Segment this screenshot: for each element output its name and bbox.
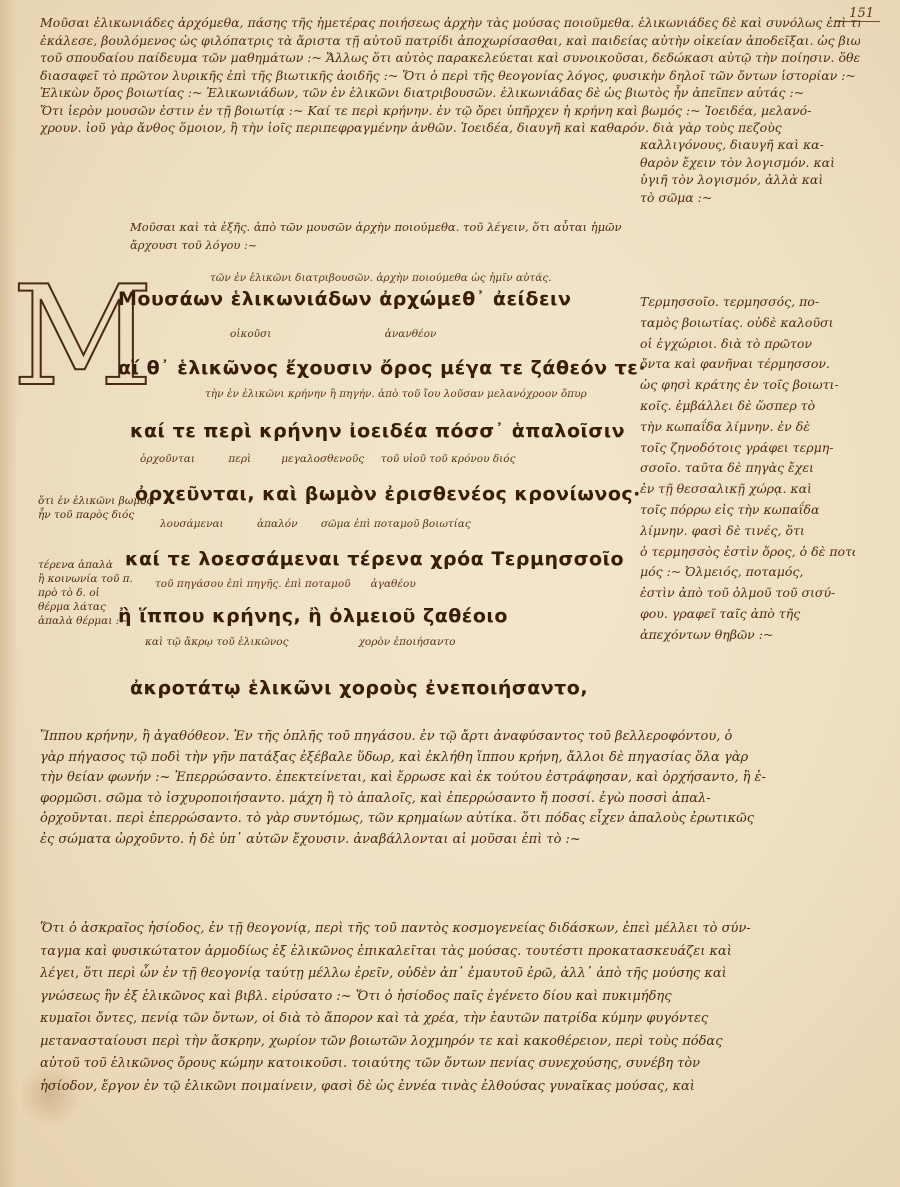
left-margin-note: τέρενα ἁπαλὰ ἢ κοινωνία τοῦ π. πρὸ τὸ δ.… — [38, 558, 133, 628]
margin-note-line: ὅτι ἐν ἑλικῶνι βωμός — [38, 494, 152, 508]
mid-scholion: Μοῦσαι καὶ τὰ ἑξῆς. ἀπὸ τῶν μουσῶν ἀρχὴν… — [130, 218, 630, 254]
scholia-line: ἄρχουσι τοῦ λόγου :~ — [130, 236, 630, 254]
scholia-line: Ὅτι ἱερὸν μουσῶν ἐστιν ἐν τῇ βοιωτίᾳ :~ … — [40, 102, 860, 120]
scholia-line: τοῖς πόρρω εἰς τὴν κωπαΐδα — [640, 500, 855, 521]
commentary-line: τὴν θείαν φωνήν :~ Ἐπερρώσαντο. ἐπεκτείν… — [40, 768, 860, 789]
page-edge-shadow — [0, 0, 18, 1187]
scholia-line: ὡς φησὶ κράτης ἐν τοῖς βοιωτι- — [640, 375, 855, 396]
margin-note-line: ἦν τοῦ παρὸς διός — [38, 508, 152, 522]
margin-note-line: πρὸ τὸ δ. οἱ — [38, 586, 133, 600]
margin-note-line: τέρενα ἁπαλὰ — [38, 558, 133, 572]
verse-line: καί τε λοεσσάμεναι τέρενα χρόα Τερμησσοῖ… — [125, 548, 624, 570]
scholia-line: ἀπεχόντων θηβῶν :~ — [640, 625, 855, 646]
scholia-line: ἐστὶν ἀπὸ τοῦ ὀλμοῦ τοῦ σισύ- — [640, 583, 855, 604]
left-margin-note: ὅτι ἐν ἑλικῶνι βωμός ἦν τοῦ παρὸς διός — [38, 494, 152, 522]
top-scholia-block: Μοῦσαι ἑλικωνιάδες ἀρχόμεθα, πάσης τῆς ἡ… — [40, 14, 860, 137]
scholia-line: τὸ σῶμα :~ — [640, 189, 855, 207]
scholia-line: τοῦ σπουδαίου παίδευμα τῶν μαθημάτων :~ … — [40, 49, 860, 67]
commentary-line: ἐς σώματα ὠρχοῦντο. ἡ δὲ ὑπ᾽ αὐτῶν ἔχουσ… — [40, 830, 860, 851]
right-scholia-lower: Τερμησσοῖο. τερμησσός, πο- ταμὸς βοιωτία… — [640, 292, 855, 646]
margin-note-line: ἢ κοινωνία τοῦ π. — [38, 572, 133, 586]
commentary-line: Ἵππου κρήνην, ἢ ἀγαθόθεον. Ἐν τῆς ὁπλῆς … — [40, 727, 860, 748]
commentary-line: ἡσίοδον, ἔργον ἐν τῷ ἑλικῶνι ποιμαίνειν,… — [40, 1076, 860, 1099]
interlinear-gloss: οἰκοῦσι ἀνανθέον — [230, 328, 436, 340]
scholia-line: χρουν. ἰοῦ γὰρ ἄνθος ὅμοιον, ἢ τὴν ἰοῖς … — [40, 119, 860, 137]
scholia-line: θαρὸν ἔχειν τὸν λογισμόν. καὶ — [640, 154, 855, 172]
interlinear-gloss: τὴν ἐν ἑλικῶνι κρήνην ἢ πηγήν. ἀπὸ τοῦ ἴ… — [205, 388, 587, 400]
scholia-line: μός :~ Ὀλμειός, ποταμός, — [640, 562, 855, 583]
verse-line: ἢ ἵππου κρήνης, ἢ ὀλμειοῦ ζαθέοιο — [118, 605, 508, 627]
interlinear-gloss: λουσάμεναι ἁπαλόν σῶμα ἐπὶ ποταμοῦ βοιωτ… — [160, 518, 471, 530]
interlinear-gloss: τοῦ πηγάσου ἐπὶ πηγῆς. ἐπὶ ποταμοῦ ἀγαθέ… — [155, 578, 416, 590]
scholia-line: οἱ ἐγχώριοι. διὰ τὸ πρῶτον — [640, 334, 855, 355]
margin-note-line: θέρμα λάτας — [38, 600, 133, 614]
manuscript-page: 151 Μοῦσαι ἑλικωνιάδες ἀρχόμεθα, πάσης τ… — [0, 0, 900, 1187]
verse-line: καί τε περὶ κρήνην ἰοειδέα πόσσ᾽ ἁπαλοῖσ… — [130, 420, 625, 442]
interlinear-gloss: τῶν ἐν ἑλικῶνι διατριβουσῶν. ἀρχὴν ποιού… — [210, 272, 552, 284]
commentary-line: ὀρχοῦνται. περὶ ἐπερρώσαντο. τὸ γὰρ συντ… — [40, 809, 860, 830]
scholia-line: ὁ τερμησσὸς ἐστὶν ὄρος, ὁ δὲ ποτα- — [640, 542, 855, 563]
scholia-line: ὄντα καὶ φανῆναι τέρμησσον. — [640, 354, 855, 375]
commentary-line: αὐτοῦ τοῦ ἑλικῶνος ὄρους κώμην κατοικοῦσ… — [40, 1053, 860, 1076]
scholia-line: ἐκάλεσε, βουλόμενος ὡς φιλόπατρις τὰ ἄρι… — [40, 32, 860, 50]
commentary-line: λέγει, ὅτι περὶ ὧν ἐν τῇ θεογονίᾳ ταύτῃ … — [40, 963, 860, 986]
verse-line: αἵ θ᾽ ἑλικῶνος ἔχουσιν ὄρος μέγα τε ζάθε… — [118, 357, 646, 379]
decorated-initial-M: M — [12, 282, 112, 392]
verse-line: ἀκροτάτῳ ἑλικῶνι χοροὺς ἐνεποιήσαντο, — [130, 677, 588, 699]
scholia-line: τὴν κωπαΐδα λίμνην. ἐν δὲ — [640, 417, 855, 438]
commentary-line: μετανασταίουσι περὶ τὴν ἄσκρην, χωρίον τ… — [40, 1031, 860, 1054]
commentary-line: φορμῶσι. σῶμα τὸ ἰσχυροποιήσαντο. μάχη ἢ… — [40, 789, 860, 810]
verse-line: Μουσάων ἑλικωνιάδων ἀρχώμεθ᾽ ἀείδειν — [118, 288, 571, 310]
scholia-line: ὑγιῆ τὸν λογισμόν, ἀλλὰ καὶ — [640, 171, 855, 189]
margin-note-line: ἁπαλὰ θέρμαι :~ — [38, 614, 133, 628]
scholia-line: Ἑλικὼν ὄρος βοιωτίας :~ Ἑλικωνιάδων, τῶν… — [40, 84, 860, 102]
scholia-line: διασαφεῖ τὸ πρῶτον λυρικῆς ἐπὶ τῆς βιωτι… — [40, 67, 860, 85]
scholia-line: σσοῖο. ταῦτα δὲ πηγὰς ἔχει — [640, 458, 855, 479]
interlinear-gloss: ὀρχοῦνται περὶ μεγαλοσθενοῦς τοῦ υἱοῦ το… — [140, 453, 515, 465]
commentary-line: Ὅτι ὁ ἀσκραῖος ἡσίοδος, ἐν τῇ θεογονίᾳ, … — [40, 918, 860, 941]
scholia-line: Μοῦσαι ἑλικωνιάδες ἀρχόμεθα, πάσης τῆς ἡ… — [40, 14, 860, 32]
scholia-line: κοῖς. ἐμβάλλει δὲ ὥσπερ τὸ — [640, 396, 855, 417]
scholia-line: καλλιγόνους, διαυγῆ καὶ κα- — [640, 136, 855, 154]
scholia-line: φου. γραφεῖ ταῖς ἀπὸ τῆς — [640, 604, 855, 625]
scholia-line: Μοῦσαι καὶ τὰ ἑξῆς. ἀπὸ τῶν μουσῶν ἀρχὴν… — [130, 218, 630, 236]
commentary-line: ταγμα καὶ φυσικώτατον ἁρμοδίως ἐξ ἑλικῶν… — [40, 941, 860, 964]
verse-line: ὀρχεῦνται, καὶ βωμὸν ἐρισθενέος κρονίωνο… — [135, 483, 641, 505]
commentary-line: γὰρ πήγασος τῷ ποδὶ τὴν γῆν πατάξας ἐξέβ… — [40, 748, 860, 769]
commentary-line: κυμαῖοι ὄντες, πενίᾳ τῶν ὄντων, οἱ διὰ τ… — [40, 1008, 860, 1031]
scholia-line: Τερμησσοῖο. τερμησσός, πο- — [640, 292, 855, 313]
scholia-line: ταμὸς βοιωτίας. οὐδὲ καλοῦσι — [640, 313, 855, 334]
interlinear-gloss: καὶ τῷ ἄκρῳ τοῦ ἑλικῶνος χορὸν ἐποιήσαντ… — [145, 636, 456, 648]
scholia-line: ἐν τῇ θεσσαλικῇ χώρᾳ. καὶ — [640, 479, 855, 500]
right-scholia-upper: καλλιγόνους, διαυγῆ καὶ κα- θαρὸν ἔχειν … — [640, 136, 855, 206]
commentary-paragraph-1: Ἵππου κρήνην, ἢ ἀγαθόθεον. Ἐν τῆς ὁπλῆς … — [40, 727, 860, 850]
commentary-paragraph-2: Ὅτι ὁ ἀσκραῖος ἡσίοδος, ἐν τῇ θεογονίᾳ, … — [40, 918, 860, 1098]
scholia-line: λίμνην. φασὶ δὲ τινές, ὅτι — [640, 521, 855, 542]
scholia-line: τοῖς ζηνοδότοις γράφει τερμη- — [640, 438, 855, 459]
commentary-line: γνώσεως ἢν ἐξ ἑλικῶνος καὶ βιβλ. εἰρύσατ… — [40, 986, 860, 1009]
